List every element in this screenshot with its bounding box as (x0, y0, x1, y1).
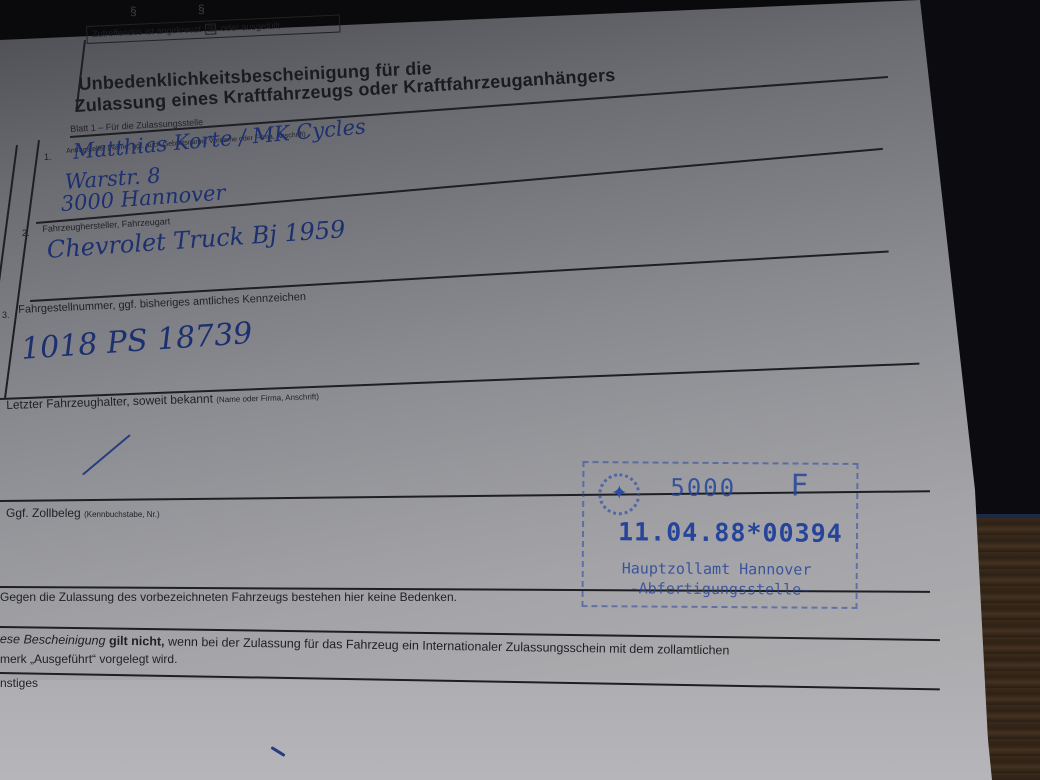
other-label: nstiges (0, 676, 38, 690)
field-3-number: 3. (2, 310, 10, 320)
frame-line (0, 145, 18, 304)
field-5-label: Ggf. Zollbeleg (Kennbuchstabe, Nr.) (6, 506, 160, 520)
field-3-label: Fahrgestellnummer, ggf. bisheriges amtli… (18, 291, 306, 316)
field-1-number: 1. (44, 152, 52, 162)
previous-owner-label-suffix: (Name oder Firma, Anschrift) (216, 392, 319, 404)
chassis-number-handwritten: 1018 PS 18739 (20, 316, 253, 367)
divider-line (0, 672, 940, 690)
notice-text-continued: wenn bei der Zulassung für das Fahrzeug … (168, 635, 730, 658)
form-content: Zutreffendes ist angekreuzt ☒ oder ausge… (0, 0, 1040, 780)
declaration-text: Gegen die Zulassung des vorbezeichneten … (0, 590, 457, 604)
checked-box-icon: ☒ (205, 23, 216, 34)
pen-mark (270, 746, 285, 757)
eagle-emblem-icon: ✦ (598, 473, 640, 515)
customs-receipt-label: Ggf. Zollbeleg (6, 506, 81, 520)
divider-line (30, 250, 889, 302)
notice-emphasis: gilt nicht, (109, 634, 165, 649)
notice-text: ese Bescheinigung (0, 632, 106, 648)
field-2-number: 2. (22, 228, 30, 238)
customs-receipt-label-suffix: (Kennbuchstabe, Nr.) (84, 510, 160, 519)
stamp-authority: Hauptzollamt Hannover (622, 559, 812, 578)
notice-line2: merk „Ausgeführt“ vorgelegt wird. (0, 652, 177, 666)
previous-owner-label: Letzter Fahrzeughalter, soweit bekannt (6, 392, 213, 412)
stamp-department: -Abfertigungsstelle- (630, 579, 811, 598)
stamp-office-code: 5000 (670, 474, 736, 502)
stamp-date-number: 11.04.88*00394 (618, 517, 843, 548)
strike-mark (82, 434, 131, 475)
header-note-text-after: oder ausgefüllt (221, 20, 280, 33)
customs-stamp: ✦ 5000 F 11.04.88*00394 Hauptzollamt Han… (581, 461, 858, 609)
stamp-letter: F (790, 468, 808, 503)
